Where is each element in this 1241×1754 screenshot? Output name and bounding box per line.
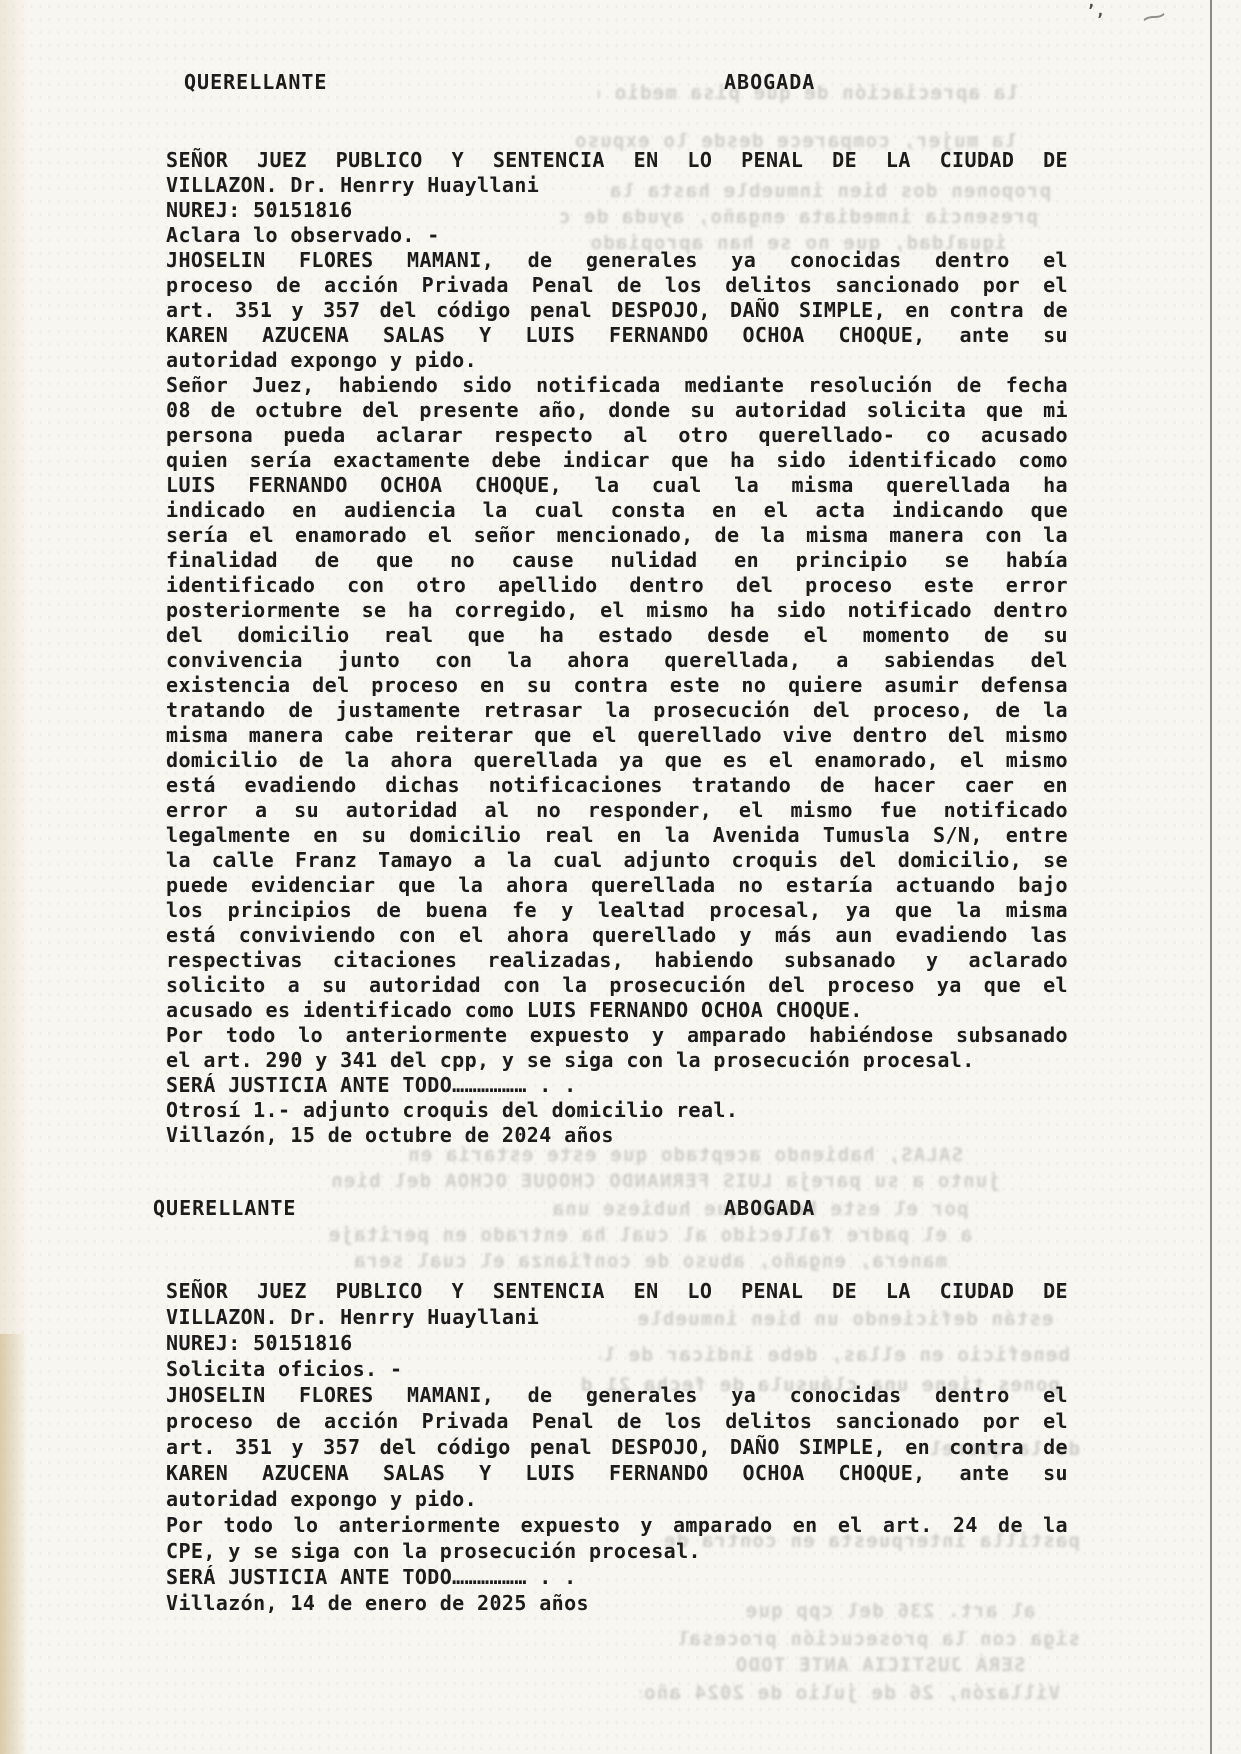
ghost-text-fragment: a el padre fallecido al cual ha entrado … bbox=[250, 1224, 1050, 1246]
ink-speck: ʼ, bbox=[1086, 6, 1105, 16]
document-text-line: finalidad de que no cause nulidad en pri… bbox=[166, 548, 1068, 573]
ghost-text-fragment: siga con la prosecución procesal bbox=[680, 1628, 1080, 1650]
document-text-line: error a su autoridad al no responder, el… bbox=[166, 798, 1068, 823]
document-text-line: respectivas citaciones realizadas, habie… bbox=[166, 948, 1068, 973]
document-text-line: KAREN AZUCENA SALAS Y LUIS FERNANDO OCHO… bbox=[166, 1460, 1068, 1486]
document-text-line: domicilio de la ahora querellada ya que … bbox=[166, 748, 1068, 773]
petition-1: SEÑOR JUEZ PUBLICO Y SENTENCIA EN LO PEN… bbox=[166, 148, 1068, 1148]
document-text-line: SEÑOR JUEZ PUBLICO Y SENTENCIA EN LO PEN… bbox=[166, 148, 1068, 173]
ghost-text-fragment: SERÁ JUSTICIA ANTE TODO bbox=[700, 1654, 1060, 1676]
document-text-line: solicito a su autoridad con la prosecuci… bbox=[166, 973, 1068, 998]
document-text-line: los principios de buena fe y lealtad pro… bbox=[166, 898, 1068, 923]
document-text-line: JHOSELIN FLORES MAMANI, de generales ya … bbox=[166, 1382, 1068, 1408]
parties-header-middle: QUERELLANTE ABOGADA bbox=[153, 1196, 1055, 1221]
ink-speck: ⁓ bbox=[1142, 10, 1166, 24]
document-text-line: indicado en audiencia la cual consta en … bbox=[166, 498, 1068, 523]
document-text-line: puede evidenciar que la ahora querellada… bbox=[166, 873, 1068, 898]
document-text-line: LUIS FERNANDO OCHOA CHOQUE, la cual la m… bbox=[166, 473, 1068, 498]
document-text-line: VILLAZON. Dr. Henrry Huayllani bbox=[166, 173, 1068, 198]
document-text-line: está conviviendo con el ahora querellado… bbox=[166, 923, 1068, 948]
querellante-label: QUERELLANTE bbox=[184, 70, 327, 95]
document-text-line: CPE, y se siga con la prosecución proces… bbox=[166, 1538, 1068, 1564]
document-text-line: Otrosí 1.- adjunto croquis del domicilio… bbox=[166, 1098, 1068, 1123]
document-text-line: está evadiendo dichas notificaciones tra… bbox=[166, 773, 1068, 798]
document-text-line: VILLAZON. Dr. Henrry Huayllani bbox=[166, 1304, 1068, 1330]
document-text-line: autoridad expongo y pido. bbox=[166, 348, 1068, 373]
document-text-line: JHOSELIN FLORES MAMANI, de generales ya … bbox=[166, 248, 1068, 273]
document-text-line: SERÁ JUSTICIA ANTE TODO……………… . . bbox=[166, 1073, 1068, 1098]
abogada-label: ABOGADA bbox=[724, 70, 815, 95]
document-text-line: el art. 290 y 341 del cpp, y se siga con… bbox=[166, 1048, 1068, 1073]
document-text-line: art. 351 y 357 del código penal DESPOJO,… bbox=[166, 1434, 1068, 1460]
left-edge-shadow-bottom bbox=[0, 1334, 26, 1754]
document-text-line: Villazón, 15 de octubre de 2024 años bbox=[166, 1123, 1068, 1148]
ghost-text-fragment: Villazón, 26 de julio de 2024 años bbox=[640, 1682, 1060, 1704]
document-text-line: Por todo lo anteriormente expuesto y amp… bbox=[166, 1512, 1068, 1538]
document-text-line: quien sería exactamente debe indicar que… bbox=[166, 448, 1068, 473]
document-text-line: persona pueda aclarar respecto al otro q… bbox=[166, 423, 1068, 448]
document-text-line: Aclara lo observado. - bbox=[166, 223, 1068, 248]
document-text-line: proceso de acción Privada Penal de los d… bbox=[166, 1408, 1068, 1434]
document-text-line: convivencia junto con la ahora querellad… bbox=[166, 648, 1068, 673]
document-text-line: tratando de justamente retrasar la prose… bbox=[166, 698, 1068, 723]
document-text-line: SERÁ JUSTICIA ANTE TODO……………… . . bbox=[166, 1564, 1068, 1590]
document-text-line: del domicilio real que ha estado desde e… bbox=[166, 623, 1068, 648]
document-text-line: Solicita oficios. - bbox=[166, 1356, 1068, 1382]
parties-header-top: QUERELLANTE ABOGADA bbox=[184, 70, 1086, 95]
petition-2: SEÑOR JUEZ PUBLICO Y SENTENCIA EN LO PEN… bbox=[166, 1278, 1068, 1616]
document-text-line: Villazón, 14 de enero de 2025 años bbox=[166, 1590, 1068, 1616]
document-text-line: la calle Franz Tamayo a la cual adjunto … bbox=[166, 848, 1068, 873]
document-text-line: acusado es identificado como LUIS FERNAN… bbox=[166, 998, 1068, 1023]
document-text-line: proceso de acción Privada Penal de los d… bbox=[166, 273, 1068, 298]
abogada-label: ABOGADA bbox=[724, 1196, 815, 1221]
document-text-line: 08 de octubre del presente año, donde su… bbox=[166, 398, 1068, 423]
document-text-line: existencia del proceso en su contra este… bbox=[166, 673, 1068, 698]
ghost-text-fragment: junto a su pareja LUIS FERNANDO CHOQUE O… bbox=[250, 1170, 1080, 1192]
document-text-line: autoridad expongo y pido. bbox=[166, 1486, 1068, 1512]
document-text-line: NUREJ: 50151816 bbox=[166, 1330, 1068, 1356]
document-text-line: misma manera cabe reiterar que el querel… bbox=[166, 723, 1068, 748]
document-text-line: sería el enamorado el señor mencionado, … bbox=[166, 523, 1068, 548]
querellante-label: QUERELLANTE bbox=[153, 1196, 296, 1221]
document-text-line: posteriormente se ha corregido, el mismo… bbox=[166, 598, 1068, 623]
ghost-text-fragment: manera, engaño, abuso de confianza el cu… bbox=[250, 1250, 1050, 1272]
document-text-line: KAREN AZUCENA SALAS Y LUIS FERNANDO OCHO… bbox=[166, 323, 1068, 348]
document-text-line: art. 351 y 357 del código penal DESPOJO,… bbox=[166, 298, 1068, 323]
scan-edge-line bbox=[1210, 0, 1212, 1754]
document-text-line: NUREJ: 50151816 bbox=[166, 198, 1068, 223]
document-text-line: SEÑOR JUEZ PUBLICO Y SENTENCIA EN LO PEN… bbox=[166, 1278, 1068, 1304]
scanned-document-page: la apreciación de que pisa medio erala m… bbox=[0, 0, 1241, 1754]
document-text-line: Señor Juez, habiendo sido notificada med… bbox=[166, 373, 1068, 398]
document-text-line: identificado con otro apellido dentro de… bbox=[166, 573, 1068, 598]
document-text-line: Por todo lo anteriormente expuesto y amp… bbox=[166, 1023, 1068, 1048]
document-text-line: legalmente en su domicilio real en la Av… bbox=[166, 823, 1068, 848]
